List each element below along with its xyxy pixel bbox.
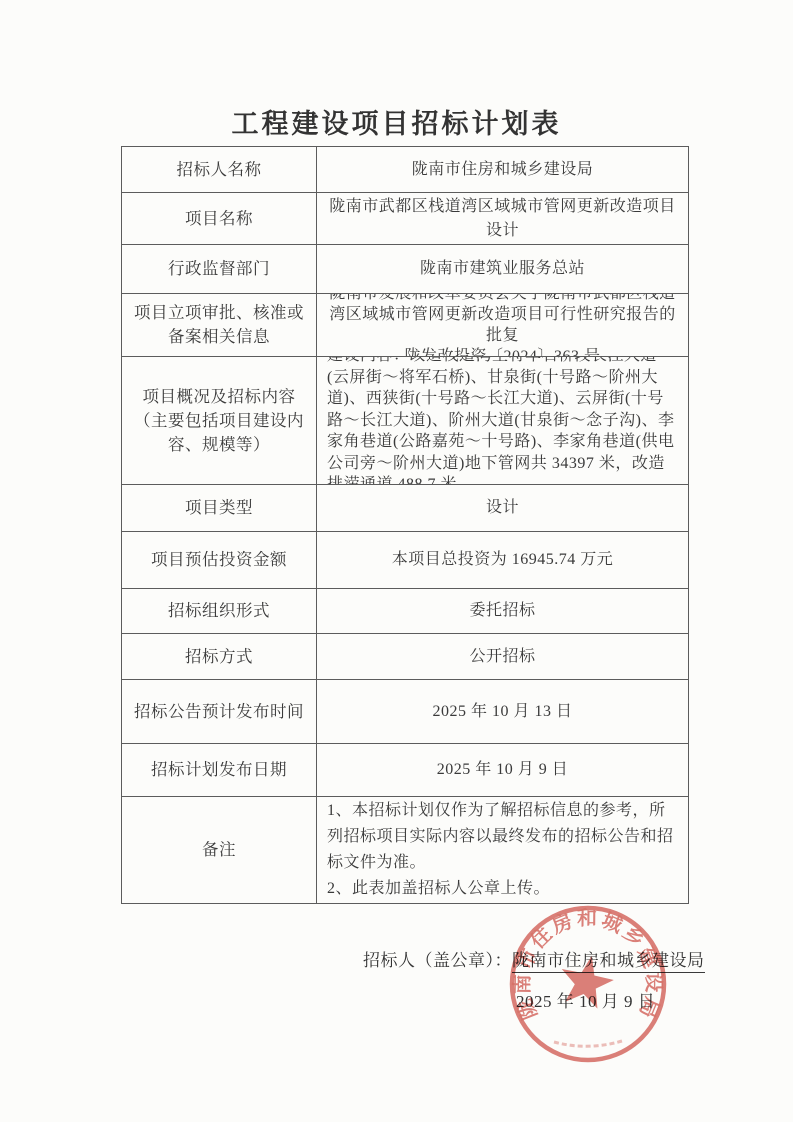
table-row: 项目立项审批、核准或备案相关信息 陇南市发展和改革委员会关于陇南市武都区栈道湾区… bbox=[122, 293, 688, 356]
row-label: 招标公告预计发布时间 bbox=[122, 680, 317, 743]
row-label: 招标组织形式 bbox=[122, 589, 317, 633]
row-label: 招标方式 bbox=[122, 634, 317, 679]
row-value: 1、本招标计划仅作为了解招标信息的参考，所列招标项目实际内容以最终发布的招标公告… bbox=[317, 797, 688, 903]
table-row: 项目类型 设计 bbox=[122, 484, 688, 531]
bidding-plan-table: 招标人名称 陇南市住房和城乡建设局 项目名称 陇南市武都区栈道湾区域城市管网更新… bbox=[121, 146, 689, 904]
table-row: 招标计划发布日期 2025 年 10 月 9 日 bbox=[122, 743, 688, 796]
row-label: 项目预估投资金额 bbox=[122, 532, 317, 588]
row-label: 备注 bbox=[122, 797, 317, 903]
signature-line: 招标人（盖公章）：陇南市住房和城乡建设局 bbox=[363, 946, 705, 971]
row-value: 2025 年 10 月 9 日 bbox=[317, 744, 688, 796]
seal-bottom-mark bbox=[554, 1041, 622, 1046]
table-row: 备注 1、本招标计划仅作为了解招标信息的参考，所列招标项目实际内容以最终发布的招… bbox=[122, 796, 688, 903]
signer-label: 招标人（盖公章）： bbox=[363, 951, 512, 970]
signature-date: 2025 年 10 月 9 日 bbox=[516, 987, 655, 1012]
table-row: 招标方式 公开招标 bbox=[122, 633, 688, 679]
row-value: 委托招标 bbox=[317, 589, 688, 633]
row-label: 项目立项审批、核准或备案相关信息 bbox=[122, 294, 317, 356]
row-value: 陇南市武都区栈道湾区域城市管网更新改造项目设计 bbox=[317, 193, 688, 244]
row-label: 项目概况及招标内容（主要包括项目建设内容、规模等） bbox=[122, 357, 317, 484]
page-title: 工程建设项目招标计划表 bbox=[0, 102, 793, 141]
row-label: 招标人名称 bbox=[122, 147, 317, 192]
document-page: 工程建设项目招标计划表 招标人名称 陇南市住房和城乡建设局 项目名称 陇南市武都… bbox=[0, 0, 793, 1122]
row-value: 陇南市建筑业服务总站 bbox=[317, 245, 688, 293]
row-label: 行政监督部门 bbox=[122, 245, 317, 293]
row-value: 本项目总投资为 16945.74 万元 bbox=[317, 532, 688, 588]
row-value: 陇南市住房和城乡建设局 bbox=[317, 147, 688, 192]
row-value: 公开招标 bbox=[317, 634, 688, 679]
row-value: 2025 年 10 月 13 日 bbox=[317, 680, 688, 743]
table-row: 项目概况及招标内容（主要包括项目建设内容、规模等） 建设内容：改造栈道湾至将军石… bbox=[122, 356, 688, 484]
table-row: 招标公告预计发布时间 2025 年 10 月 13 日 bbox=[122, 679, 688, 743]
table-row: 项目预估投资金额 本项目总投资为 16945.74 万元 bbox=[122, 531, 688, 588]
row-value: 设计 bbox=[317, 485, 688, 531]
table-row: 行政监督部门 陇南市建筑业服务总站 bbox=[122, 244, 688, 293]
row-value: 陇南市发展和改革委员会关于陇南市武都区栈道湾区域城市管网更新改造项目可行性研究报… bbox=[317, 294, 688, 356]
row-label: 项目名称 bbox=[122, 193, 317, 244]
seal-ring bbox=[512, 908, 664, 1060]
table-row: 招标组织形式 委托招标 bbox=[122, 588, 688, 633]
row-value: 建设内容：改造栈道湾至将军石桥段长江大道(云屏街～将军石桥)、甘泉街(十号路～阶… bbox=[317, 357, 688, 484]
table-row: 招标人名称 陇南市住房和城乡建设局 bbox=[122, 147, 688, 192]
official-seal-stamp: 陇南市住房和城乡建设局 bbox=[502, 903, 674, 1065]
signer-name: 陇南市住房和城乡建设局 bbox=[512, 951, 705, 973]
table-row: 项目名称 陇南市武都区栈道湾区域城市管网更新改造项目设计 bbox=[122, 192, 688, 244]
row-label: 招标计划发布日期 bbox=[122, 744, 317, 796]
row-label: 项目类型 bbox=[122, 485, 317, 531]
